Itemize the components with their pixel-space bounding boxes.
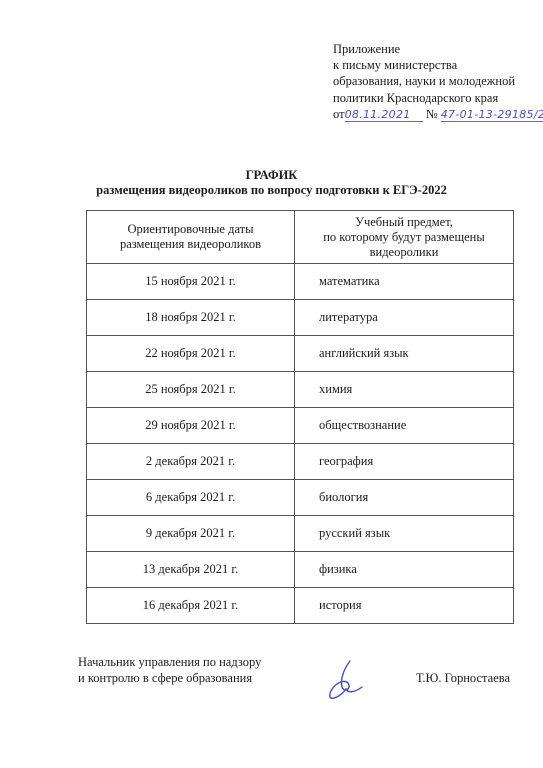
document-title: ГРАФИК размещения видеороликов по вопрос… <box>0 168 543 198</box>
handwritten-date: 08.11.2021 <box>345 109 423 122</box>
table-row: 13 декабря 2021 г.физика <box>87 552 514 588</box>
cell-subject: физика <box>295 552 514 588</box>
cell-subject: английский язык <box>295 336 514 372</box>
cell-date: 9 декабря 2021 г. <box>87 516 295 552</box>
table-row: 25 ноября 2021 г.химия <box>87 372 514 408</box>
number-prefix: № <box>426 107 438 121</box>
cell-date: 18 ноября 2021 г. <box>87 300 295 336</box>
appendix-block: Приложение к письму министерства образов… <box>333 41 543 122</box>
table-row: 18 ноября 2021 г.литература <box>87 300 514 336</box>
cell-subject: литература <box>295 300 514 336</box>
cell-subject: математика <box>295 264 514 300</box>
cell-date: 6 декабря 2021 г. <box>87 480 295 516</box>
cell-subject: история <box>295 588 514 624</box>
cell-date: 16 декабря 2021 г. <box>87 588 295 624</box>
handwritten-number: 47-01-13-29185/2 <box>441 109 543 122</box>
table-row: 16 декабря 2021 г.история <box>87 588 514 624</box>
header-text: Учебный предмет, <box>295 215 513 230</box>
table-row: 9 декабря 2021 г.русский язык <box>87 516 514 552</box>
appendix-line: к письму министерства <box>333 57 543 73</box>
signatory-position: Начальник управления по надзору и контро… <box>78 654 261 686</box>
cell-date: 13 декабря 2021 г. <box>87 552 295 588</box>
cell-subject: химия <box>295 372 514 408</box>
table-row: 29 ноября 2021 г.обществознание <box>87 408 514 444</box>
position-line: и контролю в сфере образования <box>78 670 261 686</box>
table-row: 6 декабря 2021 г.биология <box>87 480 514 516</box>
table-row: 15 ноября 2021 г.математика <box>87 264 514 300</box>
title-main: ГРАФИК <box>0 168 543 183</box>
cell-date: 22 ноября 2021 г. <box>87 336 295 372</box>
header-subject: Учебный предмет, по которому будут разме… <box>295 211 514 264</box>
cell-subject: география <box>295 444 514 480</box>
table-row: 22 ноября 2021 г.английский язык <box>87 336 514 372</box>
cell-subject: русский язык <box>295 516 514 552</box>
position-line: Начальник управления по надзору <box>78 654 261 670</box>
cell-date: 25 ноября 2021 г. <box>87 372 295 408</box>
cell-date: 29 ноября 2021 г. <box>87 408 295 444</box>
title-subtitle: размещения видеороликов по вопросу подго… <box>0 183 543 198</box>
header-text: видеоролики <box>295 245 513 260</box>
appendix-line: политики Краснодарского края <box>333 90 543 106</box>
signatory-name: Т.Ю. Горностаева <box>416 671 510 686</box>
appendix-line: образования, науки и молодежной <box>333 73 543 89</box>
signature-icon <box>322 659 370 701</box>
header-dates: Ориентировочные даты размещения видеорол… <box>87 211 295 264</box>
cell-date: 2 декабря 2021 г. <box>87 444 295 480</box>
table-header-row: Ориентировочные даты размещения видеорол… <box>87 211 514 264</box>
schedule-table: Ориентировочные даты размещения видеорол… <box>86 210 514 624</box>
appendix-reference: от08.11.2021 № 47-01-13-29185/2 <box>333 106 543 122</box>
header-text: Ориентировочные даты <box>87 222 294 237</box>
cell-subject: обществознание <box>295 408 514 444</box>
date-prefix: от <box>333 107 345 121</box>
header-text: размещения видеороликов <box>87 237 294 252</box>
table-row: 2 декабря 2021 г.география <box>87 444 514 480</box>
header-text: по которому будут размещены <box>295 230 513 245</box>
cell-subject: биология <box>295 480 514 516</box>
cell-date: 15 ноября 2021 г. <box>87 264 295 300</box>
appendix-line: Приложение <box>333 41 543 57</box>
